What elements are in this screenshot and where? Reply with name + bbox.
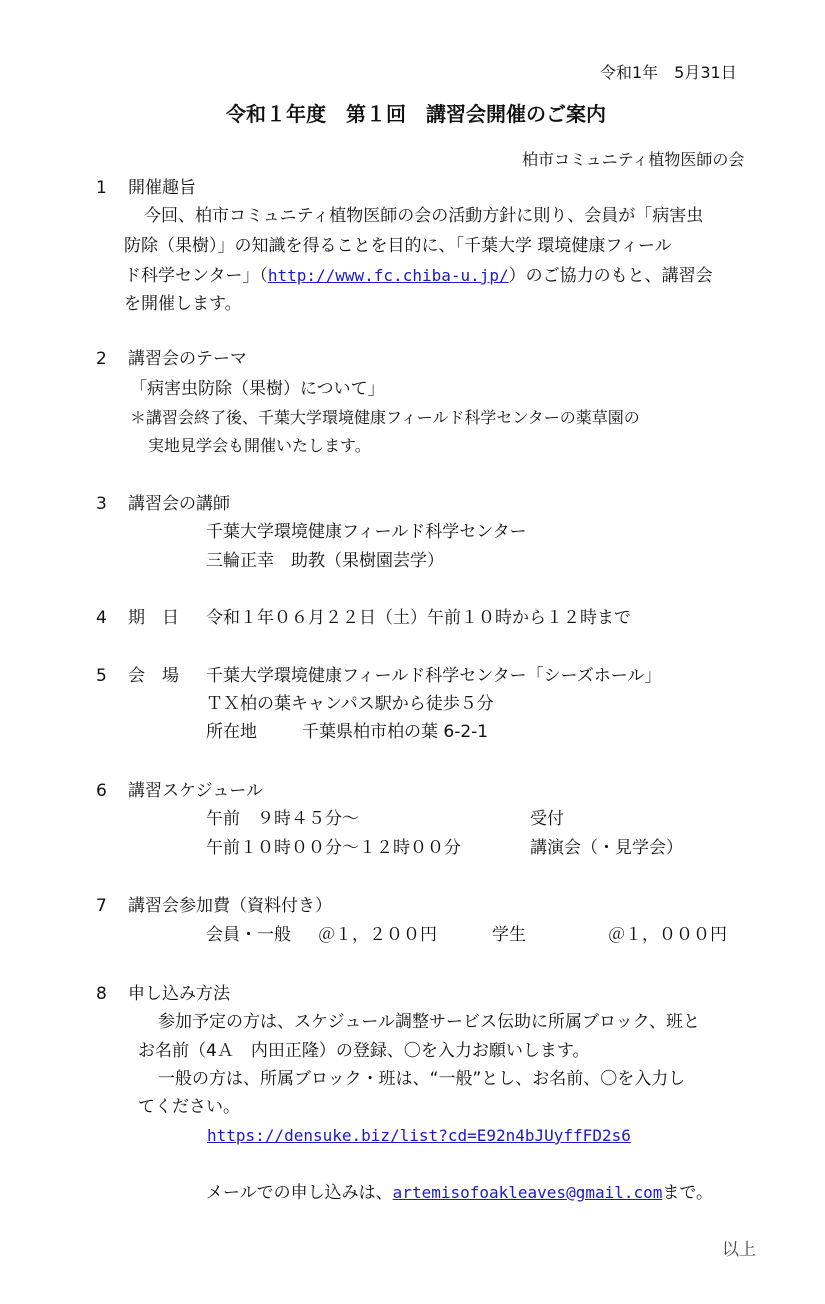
text: ）のご協力のもと、講習会 [509, 266, 713, 286]
member-label: 会員・一般 [206, 925, 291, 945]
venue-address: 千葉県柏市柏の葉 6-2-1 [302, 722, 488, 742]
schedule-event: 講演会（・見学会） [530, 838, 683, 858]
document-title: 令和１年度 第１回 講習会開催のご案内 [226, 104, 606, 124]
section-number: 5 [96, 666, 107, 686]
organizer-name: 柏市コミュニティ植物医師の会 [522, 150, 744, 170]
closing-mark: 以上 [722, 1240, 756, 1260]
theme-note: ＊講習会終了後、千葉大学環境健康フィールド科学センターの薬草園の [130, 408, 640, 428]
schedule-time: 午前 ９時４５分～ [206, 809, 359, 829]
section-heading: 講習会参加費（資料付き） [128, 896, 332, 916]
event-date: 令和１年０６月２２日（土）午前１０時から１２時まで [206, 608, 631, 628]
student-label: 学生 [492, 925, 526, 945]
lecturer-affiliation: 千葉大学環境健康フィールド科学センター [206, 522, 527, 542]
schedule-event: 受付 [530, 809, 564, 829]
section-number: 3 [96, 494, 107, 514]
address-label: 所在地 [206, 722, 257, 742]
section-number: 1 [96, 178, 107, 198]
section-number: 7 [96, 896, 107, 916]
paragraph-line: 一般の方は、所属ブロック・班は、“一般”とし、お名前、〇を入力し [158, 1069, 685, 1089]
theme-title: 「病害虫防除（果樹）について」 [130, 379, 385, 399]
section-heading: 開催趣旨 [128, 178, 196, 198]
paragraph-line: 参加予定の方は、スケジュール調整サービス伝助に所属ブロック、班と [158, 1012, 700, 1032]
section-heading: 会 場 [128, 666, 179, 686]
section-heading: 講習会のテーマ [128, 349, 247, 369]
student-fee: ＠１，０００円 [608, 925, 727, 945]
schedule-time: 午前１０時００分～１２時００分 [206, 838, 461, 858]
theme-note: 実地見学会も開催いたします。 [148, 436, 371, 456]
paragraph-line: を開催します。 [124, 294, 242, 314]
text: まで。 [662, 1183, 713, 1203]
lecturer-name: 三輪正幸 助教（果樹園芸学） [206, 551, 444, 571]
fc-chiba-link[interactable]: http://www.fc.chiba-u.jp/ [268, 266, 509, 285]
section-heading: 申し込み方法 [128, 984, 230, 1004]
paragraph-line: お名前（4Ａ 内田正隆）の登録、〇を入力お願いします。 [138, 1041, 589, 1061]
venue-name: 千葉大学環境健康フィールド科学センター「シーズホール」 [206, 666, 661, 686]
text: ド科学センター」（ [124, 266, 268, 286]
paragraph-line: ド科学センター」（http://www.fc.chiba-u.jp/）のご協力の… [124, 266, 713, 286]
section-heading: 期 日 [128, 608, 179, 628]
section-heading: 講習スケジュール [128, 781, 263, 801]
email-link[interactable]: artemisofoakleaves@gmail.com [393, 1183, 663, 1202]
section-heading: 講習会の講師 [128, 494, 230, 514]
paragraph-line: てください。 [138, 1097, 240, 1117]
mail-instruction: メールでの申し込みは、artemisofoakleaves@gmail.comま… [206, 1183, 713, 1203]
paragraph-line: 防除（果樹）」の知識を得ることを目的に、「千葉大学 環境健康フィール [124, 236, 672, 256]
section-number: 4 [96, 608, 107, 628]
document-date: 令和1年 5月31日 [600, 63, 737, 83]
section-number: 8 [96, 984, 107, 1004]
densuke-link[interactable]: https://densuke.biz/list?cd=E92n4bJUyffF… [207, 1126, 631, 1146]
text: メールでの申し込みは、 [206, 1183, 393, 1203]
section-number: 2 [96, 349, 107, 369]
paragraph-line: 今回、柏市コミュニティ植物医師の会の活動方針に則り、会員が「病害虫 [144, 206, 703, 226]
venue-access: ＴＸ柏の葉キャンパス駅から徒歩５分 [206, 694, 494, 714]
member-fee: ＠１，２００円 [318, 925, 437, 945]
section-number: 6 [96, 781, 107, 801]
